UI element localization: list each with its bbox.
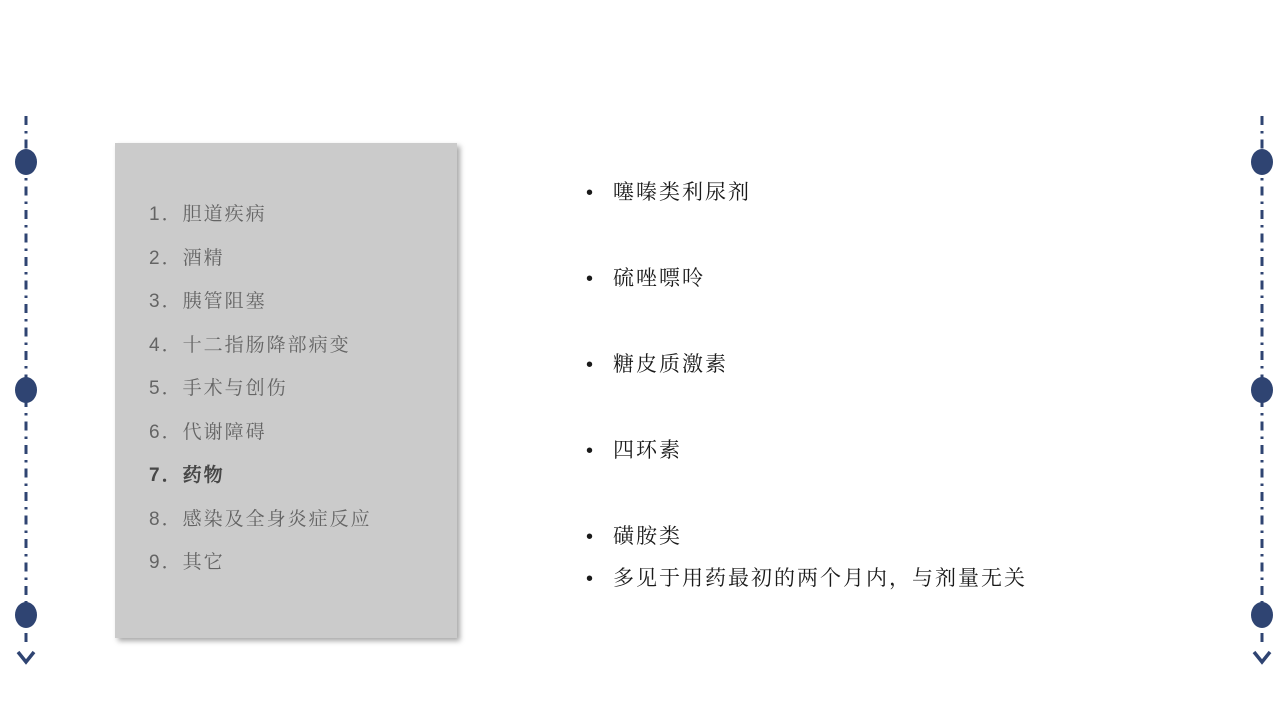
bullet-text: 磺胺类 <box>613 522 682 552</box>
list-item: • 硫唑嘌呤 <box>586 264 1206 294</box>
outline-item: 8．感染及全身炎症反应 <box>149 498 447 542</box>
arrow-down-icon <box>18 652 34 662</box>
timeline-node-dot <box>1251 602 1273 628</box>
timeline-node-dot <box>1251 377 1273 403</box>
timeline-node-dot <box>1251 149 1273 175</box>
bullet-marker: • <box>586 436 613 466</box>
outline-item: 2．酒精 <box>149 237 447 281</box>
bullet-text: 噻嗪类利尿剂 <box>613 178 751 208</box>
bullet-marker: • <box>586 264 613 294</box>
outline-item: 4．十二指肠降部病变 <box>149 324 447 368</box>
list-item: • 多见于用药最初的两个月内，与剂量无关 <box>586 564 1206 594</box>
outline-list: 1．胆道疾病 2．酒精 3．胰管阻塞 4．十二指肠降部病变 5．手术与创伤 6．… <box>115 143 457 585</box>
bullet-marker: • <box>586 350 613 380</box>
bullet-text: 四环素 <box>613 436 682 466</box>
bullet-marker: • <box>586 178 613 208</box>
list-item: • 糖皮质激素 <box>586 350 1206 380</box>
bullet-marker: • <box>586 522 613 552</box>
list-item: • 磺胺类 <box>586 522 1206 552</box>
slide: 1．胆道疾病 2．酒精 3．胰管阻塞 4．十二指肠降部病变 5．手术与创伤 6．… <box>0 0 1280 720</box>
list-item: • 四环素 <box>586 436 1206 466</box>
arrow-down-icon <box>1254 652 1270 662</box>
outline-item: 3．胰管阻塞 <box>149 280 447 324</box>
outline-item-active: 7．药物 <box>149 454 447 498</box>
outline-item: 1．胆道疾病 <box>149 193 447 237</box>
list-item: • 噻嗪类利尿剂 <box>586 178 1206 208</box>
timeline-node-dot <box>15 149 37 175</box>
bullet-text: 糖皮质激素 <box>613 350 728 380</box>
outline-item: 6．代谢障碍 <box>149 411 447 455</box>
timeline-node-dot <box>15 377 37 403</box>
right-timeline-decoration <box>1248 110 1276 670</box>
bullet-text: 多见于用药最初的两个月内，与剂量无关 <box>613 564 1027 594</box>
bullet-marker: • <box>586 564 613 594</box>
outline-panel: 1．胆道疾病 2．酒精 3．胰管阻塞 4．十二指肠降部病变 5．手术与创伤 6．… <box>115 143 457 638</box>
left-timeline-decoration <box>12 110 40 670</box>
outline-item: 9．其它 <box>149 541 447 585</box>
timeline-node-dot <box>15 602 37 628</box>
outline-item: 5．手术与创伤 <box>149 367 447 411</box>
bullet-text: 硫唑嘌呤 <box>613 264 705 294</box>
bullet-list: • 噻嗪类利尿剂 • 硫唑嘌呤 • 糖皮质激素 • 四环素 • 磺胺类 • 多见… <box>586 178 1206 594</box>
